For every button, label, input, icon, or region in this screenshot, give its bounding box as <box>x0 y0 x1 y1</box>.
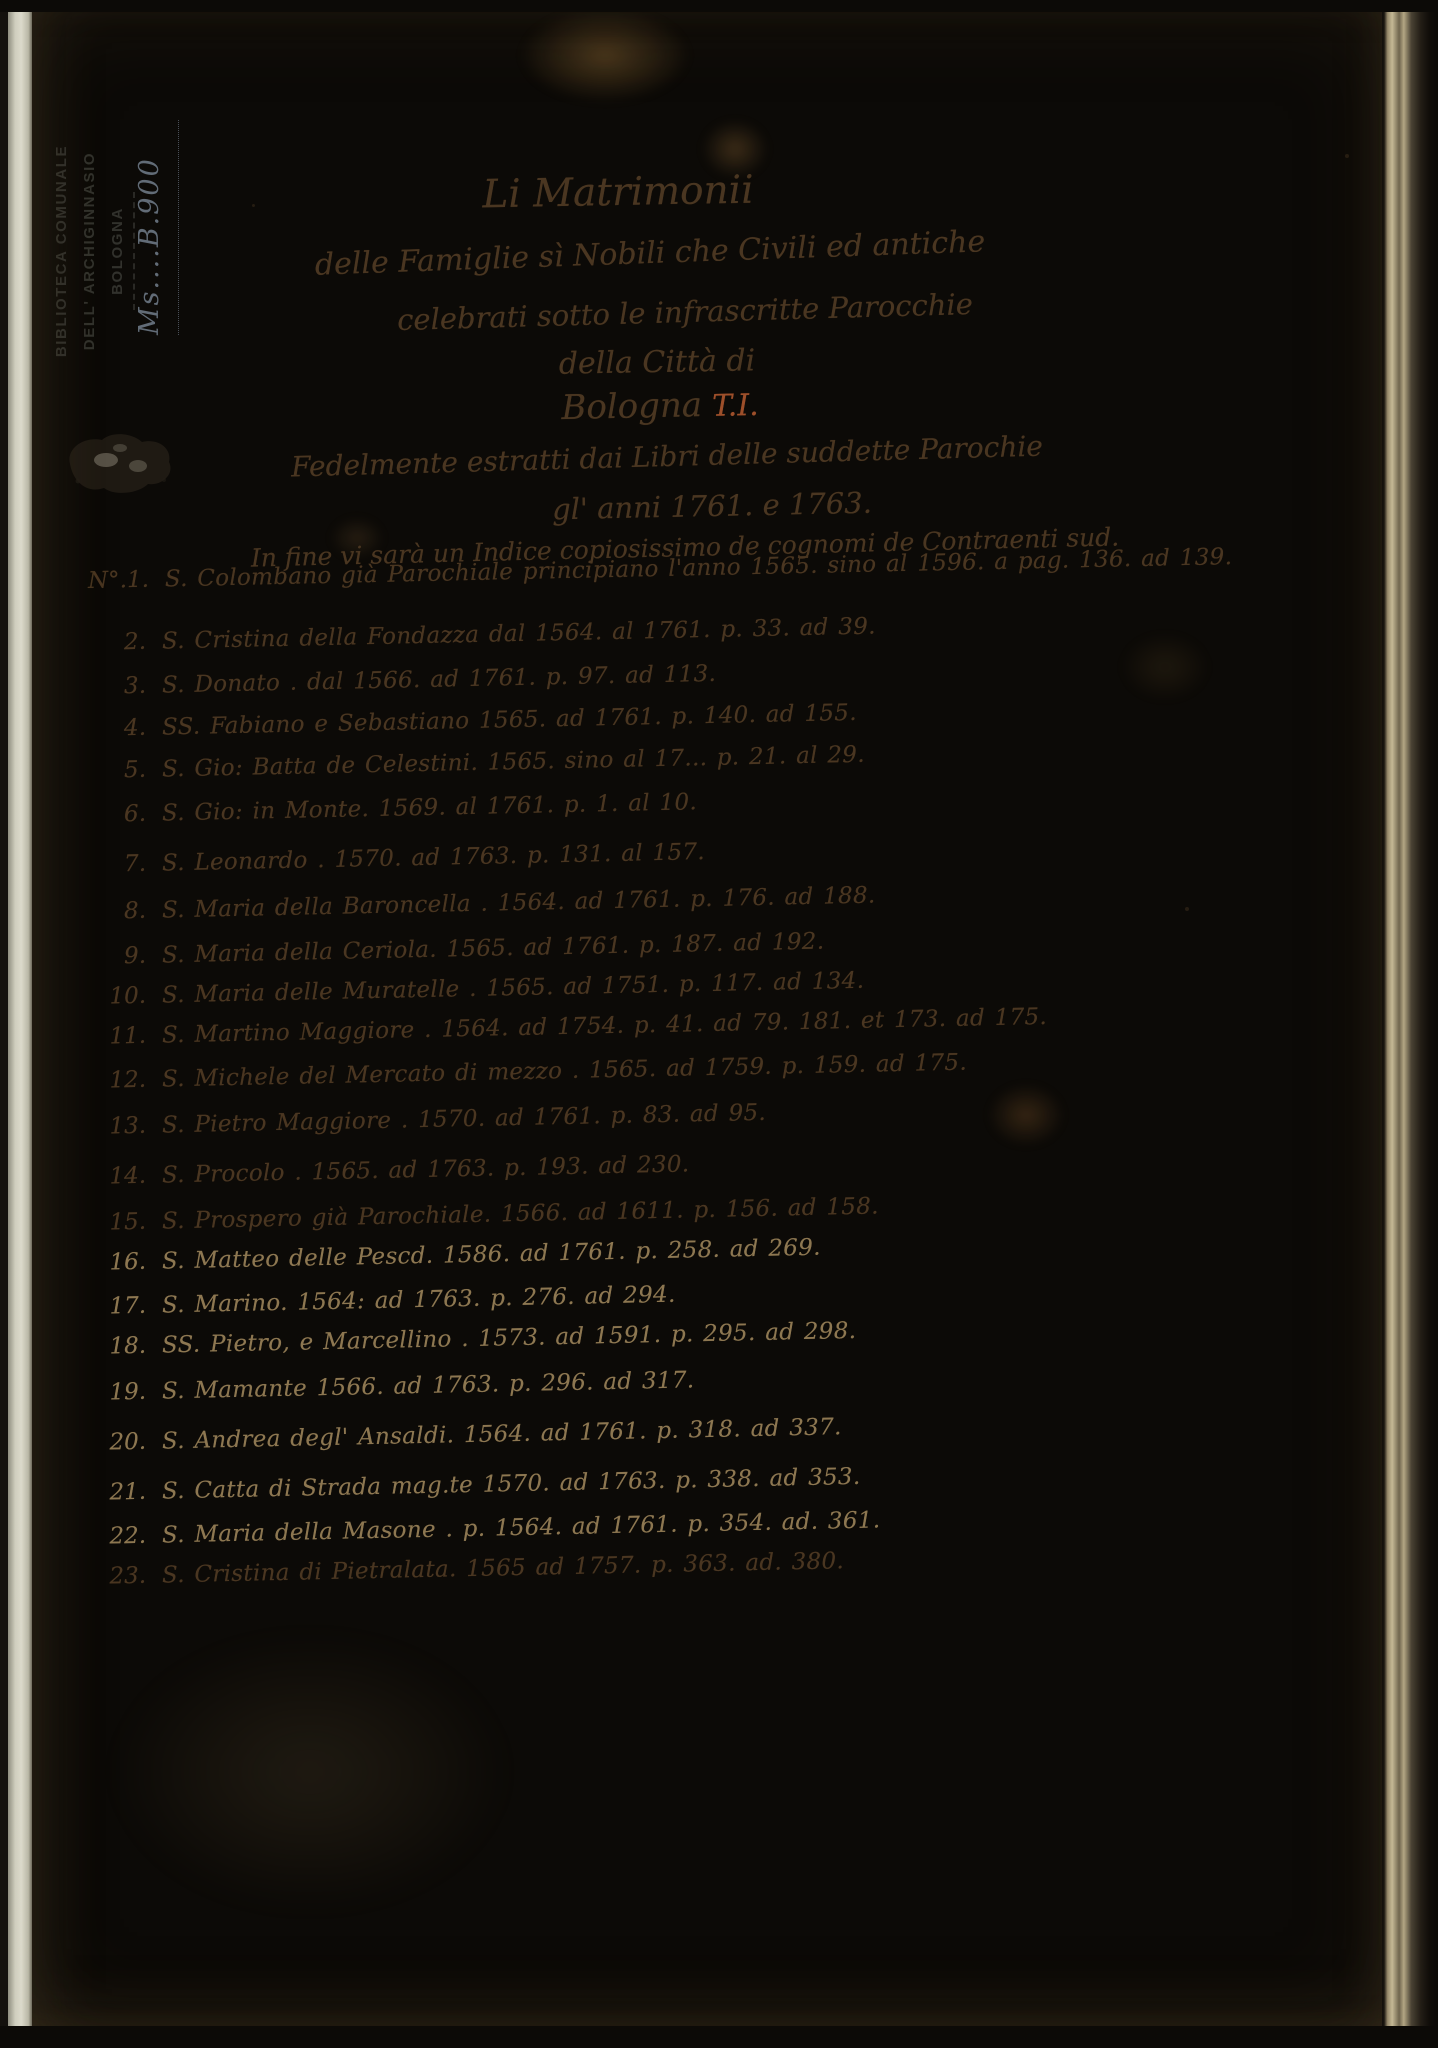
paper-stain <box>520 8 690 103</box>
row-text: S. Pietro Maggiore . 1570. ad 1761. p. 8… <box>162 1098 767 1141</box>
list-row: 19. S. Mamante 1566. ad 1763. p. 296. ad… <box>88 1351 1366 1408</box>
row-number: 22. <box>88 1521 147 1552</box>
row-number: 15. <box>88 1207 147 1238</box>
row-text: S. Gio: in Monte. 1569. al 1761. p. 1. a… <box>162 787 698 828</box>
row-text: S. Prospero già Parochiale. 1566. ad 161… <box>162 1191 879 1236</box>
row-number: 6. <box>88 799 147 830</box>
row-number: 5. <box>88 755 147 786</box>
paper-stain <box>110 1632 510 1912</box>
row-number: 9. <box>88 941 147 972</box>
shelfmark-text: Ms....B.900 <box>134 120 179 335</box>
row-number: 12. <box>88 1065 147 1096</box>
row-number: 3. <box>88 671 147 702</box>
row-number: 19. <box>88 1377 147 1408</box>
row-number: 16. <box>88 1247 147 1278</box>
manuscript-photo: BIBLIOTECA COMUNALE DELL' ARCHIGINNASIO … <box>0 0 1438 2048</box>
row-text: S. Matteo delle Pescd. 1586. ad 1761. p.… <box>162 1233 821 1277</box>
row-text: S. Gio: Batta de Celestini. 1565. sino a… <box>162 740 865 785</box>
row-text: S. Maria della Ceriola. 1565. ad 1761. p… <box>162 927 825 971</box>
row-text: S. Maria delle Muratelle . 1565. ad 1751… <box>162 966 865 1011</box>
row-text: SS. Pietro, e Marcellino . 1573. ad 1591… <box>162 1316 857 1361</box>
row-text: S. Procolo . 1565. ad 1763. p. 193. ad 2… <box>162 1149 690 1190</box>
list-row: 20. S. Andrea degl' Ansaldi. 1564. ad 17… <box>88 1401 1366 1458</box>
row-number: 14. <box>88 1161 147 1192</box>
row-text: S. Michele del Mercato di mezzo . 1565. … <box>162 1048 968 1095</box>
row-text: S. Maria della Baroncella . 1564. ad 176… <box>162 881 876 926</box>
row-number: 23. <box>88 1561 147 1592</box>
tome-mark: T.I. <box>712 388 759 424</box>
row-number: 7. <box>88 849 147 880</box>
list-row: 13. S. Pietro Maggiore . 1570. ad 1761. … <box>88 1085 1366 1142</box>
row-text: SS. Fabiano e Sebastiano 1565. ad 1761. … <box>162 698 857 743</box>
ink-speck <box>1345 154 1349 158</box>
row-number: 11. <box>88 1021 147 1052</box>
row-text: S. Andrea degl' Ansaldi. 1564. ad 1761. … <box>162 1412 842 1456</box>
row-number: 8. <box>88 896 147 927</box>
fore-edge-pages <box>1380 0 1438 2048</box>
row-number: 4. <box>88 713 147 744</box>
row-text: S. Martino Maggiore . 1564. ad 1754. p. … <box>162 1002 1048 1051</box>
list-row: 7. S. Leonardo . 1570. ad 1763. p. 131. … <box>88 823 1366 880</box>
row-text: S. Catta di Strada mag.te 1570. ad 1763.… <box>162 1462 861 1507</box>
row-text: S. Leonardo . 1570. ad 1763. p. 131. al … <box>162 837 706 878</box>
row-number: N°.1. <box>88 565 150 596</box>
row-number: 13. <box>88 1111 147 1142</box>
row-number: 21. <box>88 1477 147 1508</box>
row-number: 18. <box>88 1331 147 1362</box>
row-text: S. Maria della Masone . p. 1564. ad 1761… <box>162 1505 881 1550</box>
manuscript-page: BIBLIOTECA COMUNALE DELL' ARCHIGINNASIO … <box>30 12 1382 2026</box>
row-text: S. Marino. 1564: ad 1763. p. 276. ad 294… <box>162 1280 676 1321</box>
previous-page-edge <box>8 0 32 2048</box>
row-text: S. Mamante 1566. ad 1763. p. 296. ad 317… <box>162 1365 695 1406</box>
row-number: 10. <box>88 981 147 1012</box>
photo-left-edge <box>0 0 8 2048</box>
row-number: 2. <box>88 627 147 658</box>
row-text: S. Cristina della Fondazza dal 1564. al … <box>162 612 876 657</box>
row-text: S. Donato . dal 1566. ad 1761. p. 97. ad… <box>162 659 717 701</box>
photo-bottom-edge <box>0 2026 1438 2048</box>
ink-speck <box>1185 907 1189 911</box>
title-city: Bologna <box>561 385 703 428</box>
shelfmark-annotation: Ms....B.900 <box>134 120 349 165</box>
row-number: 17. <box>88 1291 147 1322</box>
list-row: 14. S. Procolo . 1565. ad 1763. p. 193. … <box>88 1135 1366 1192</box>
row-number: 20. <box>88 1427 147 1458</box>
row-text: S. Cristina di Pietralata. 1565 ad 1757.… <box>162 1546 845 1590</box>
photo-top-edge <box>0 0 1438 12</box>
